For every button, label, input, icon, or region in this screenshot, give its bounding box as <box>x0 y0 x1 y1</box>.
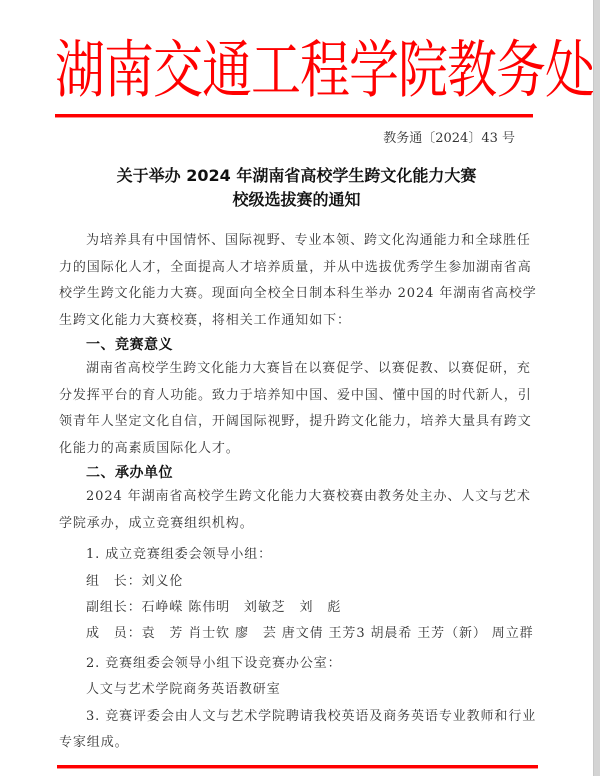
document-body: 为培养具有中国情怀、国际视野、专业本领、跨文化沟通能力和全球胜任力的国际化人才，… <box>59 228 537 757</box>
list-item: 成 员：袁 芳 肖士钦 廖 芸 唐文倩 王芳3 胡晨希 王芳（新） 周立群 <box>59 622 537 646</box>
intro-paragraph: 为培养具有中国情怀、国际视野、专业本领、跨文化沟通能力和全球胜任力的国际化人才，… <box>59 228 537 334</box>
header-red-rule <box>55 114 533 118</box>
notice-title-line2: 校级选拔赛的通知 <box>0 187 593 210</box>
section-heading: 一、竞赛意义 <box>59 334 537 356</box>
document-number: 教务通〔2024〕43 号 <box>383 127 515 146</box>
list-item: 组 长：刘义伦 <box>59 569 537 596</box>
list-item: 2. 竞赛组委会领导小组下设竞赛办公室： <box>59 651 537 678</box>
list-item: 1. 成立竞赛组委会领导小组： <box>59 542 537 569</box>
list-item: 人文与艺术学院商务英语教研室 <box>59 677 537 704</box>
page-edge-scrollbar[interactable] <box>593 0 600 776</box>
document-page: 湖南交通工程学院教务处 教务通〔2024〕43 号 关于举办 2024 年湖南省… <box>0 0 593 776</box>
footer-red-rule <box>57 765 538 769</box>
list-item: 副组长：石峥嵘 陈伟明 刘敏芝 刘 彪 <box>59 595 537 622</box>
section-paragraph: 湖南省高校学生跨文化能力大赛旨在以赛促学、以赛促教、以赛促研，充分发挥平台的育人… <box>59 356 537 462</box>
section-heading: 二、承办单位 <box>59 462 537 484</box>
list-item: 3. 竞赛评委会由人文与艺术学院聘请我校英语及商务英语专业教师和行业专家组成。 <box>59 704 537 757</box>
section-paragraph: 2024 年湖南省高校学生跨文化能力大赛校赛由教务处主办、人文与艺术学院承办，成… <box>59 484 537 537</box>
notice-title-line1: 关于举办 2024 年湖南省高校学生跨文化能力大赛 <box>0 163 593 186</box>
masthead-title: 湖南交通工程学院教务处 <box>55 18 533 123</box>
